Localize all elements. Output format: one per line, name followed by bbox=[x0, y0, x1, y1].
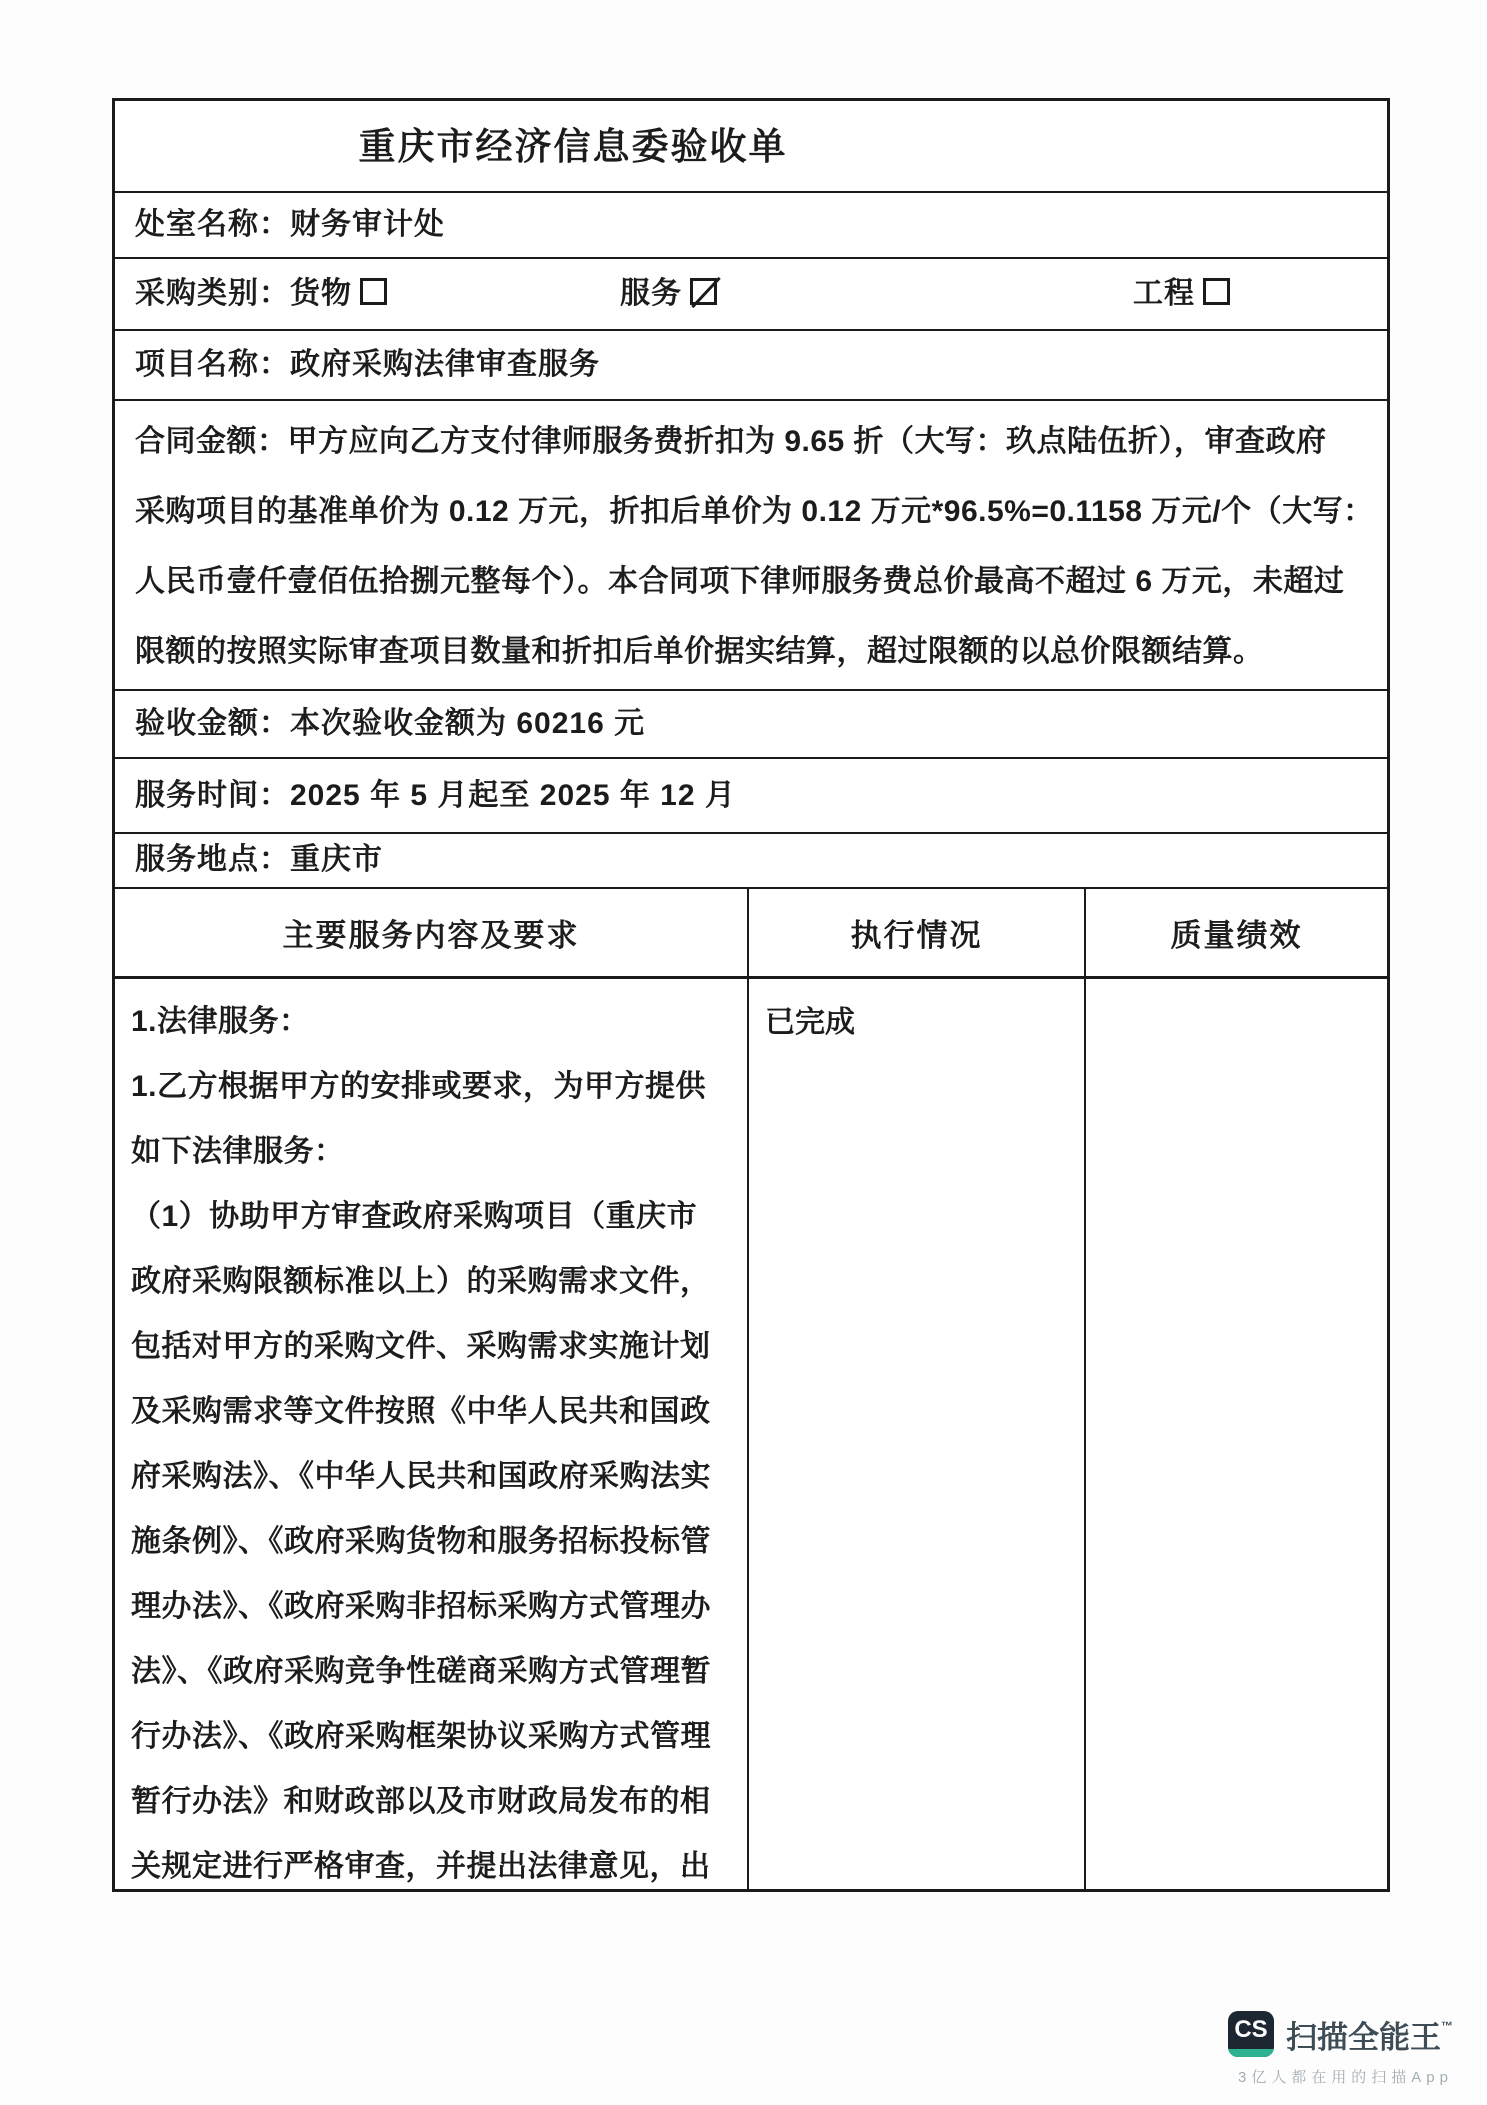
watermark-row: CS 扫描全能王™ bbox=[1228, 2011, 1453, 2057]
scanned-document-page: 重庆市经济信息委验收单 处室名称：财务审计处 采购类别：货物 服务 工程 项目名… bbox=[0, 0, 1487, 2105]
header-execution-status: 执行情况 bbox=[747, 889, 1086, 976]
project-row: 项目名称：政府采购法律审查服务 bbox=[115, 331, 1387, 401]
department-row: 处室名称：财务审计处 bbox=[115, 193, 1387, 259]
page-title: 重庆市经济信息委验收单 bbox=[359, 126, 788, 167]
content-line: 法》、《政府采购竞争性磋商采购方式管理暂 bbox=[131, 1639, 733, 1704]
service-checkbox-checked-icon bbox=[690, 278, 717, 305]
contract-amount-text: 甲方应向乙方支付律师服务费折扣为 9.65 折（大写：玖点陆伍折），审查政府 bbox=[288, 425, 1327, 458]
content-line: 及采购需求等文件按照《中华人民共和国政 bbox=[131, 1379, 733, 1444]
camscanner-logo-icon: CS bbox=[1228, 2011, 1274, 2057]
category-option-service: 服务 bbox=[620, 259, 717, 329]
content-line: 1.法律服务： bbox=[131, 989, 733, 1054]
quality-performance-cell bbox=[1086, 979, 1387, 1889]
logo-cs-text: CS bbox=[1228, 2011, 1274, 2049]
acceptance-form-table: 重庆市经济信息委验收单 处室名称：财务审计处 采购类别：货物 服务 工程 项目名… bbox=[112, 98, 1390, 1892]
contract-amount-line: 人民币壹仟壹佰伍拾捌元整每个）。本合同项下律师服务费总价最高不超过 6 万元，未… bbox=[135, 547, 1369, 617]
department-label: 处室名称： bbox=[135, 208, 290, 241]
service-location-label: 服务地点： bbox=[135, 843, 290, 876]
content-line: （1）协助甲方审查政府采购项目（重庆市 bbox=[131, 1184, 733, 1249]
category-option-works: 工程 bbox=[1133, 259, 1230, 329]
service-time-row: 服务时间：2025 年 5 月起至 2025 年 12 月 bbox=[115, 759, 1387, 834]
category-label: 采购类别： bbox=[135, 277, 290, 310]
acceptance-amount-value: 本次验收金额为 60216 元 bbox=[290, 707, 645, 740]
service-content-cell: 1.法律服务： 1.乙方根据甲方的安排或要求，为甲方提供 如下法律服务： （1）… bbox=[115, 979, 747, 1889]
content-line: 政府采购限额标准以上）的采购需求文件， bbox=[131, 1249, 733, 1314]
form-title-row: 重庆市经济信息委验收单 bbox=[115, 101, 1387, 193]
service-time-value: 2025 年 5 月起至 2025 年 12 月 bbox=[290, 779, 736, 812]
project-label: 项目名称： bbox=[135, 348, 290, 381]
category-option-goods: 货物 bbox=[290, 277, 352, 310]
works-option-label: 工程 bbox=[1133, 277, 1195, 310]
contract-amount-label: 合同金额： bbox=[135, 425, 288, 458]
contract-amount-line: 合同金额：甲方应向乙方支付律师服务费折扣为 9.65 折（大写：玖点陆伍折），审… bbox=[135, 407, 1369, 477]
project-value: 政府采购法律审查服务 bbox=[290, 348, 600, 381]
category-row: 采购类别：货物 服务 工程 bbox=[115, 259, 1387, 331]
content-line: 行办法》、《政府采购框架协议采购方式管理 bbox=[131, 1704, 733, 1769]
works-checkbox-icon bbox=[1203, 278, 1230, 305]
inner-table-body: 1.法律服务： 1.乙方根据甲方的安排或要求，为甲方提供 如下法律服务： （1）… bbox=[115, 979, 1387, 1889]
content-line: 包括对甲方的采购文件、采购需求实施计划 bbox=[131, 1314, 733, 1379]
scanner-app-watermark: CS 扫描全能王™ 3亿人都在用的扫描App bbox=[1228, 2011, 1453, 2087]
app-tagline: 3亿人都在用的扫描App bbox=[1228, 2066, 1453, 2087]
department-value: 财务审计处 bbox=[290, 208, 445, 241]
content-line: 关规定进行严格审查，并提出法律意见，出 bbox=[131, 1834, 733, 1899]
content-line: 府采购法》、《中华人民共和国政府采购法实 bbox=[131, 1444, 733, 1509]
content-line: 理办法》、《政府采购非招标采购方式管理办 bbox=[131, 1574, 733, 1639]
content-line: 施条例》、《政府采购货物和服务招标投标管 bbox=[131, 1509, 733, 1574]
contract-amount-line: 限额的按照实际审查项目数量和折扣后单价据实结算，超过限额的以总价限额结算。 bbox=[135, 617, 1369, 687]
app-name-text: 扫描全能王 bbox=[1286, 2020, 1441, 2055]
trademark-symbol: ™ bbox=[1441, 2019, 1453, 2033]
content-line: 如下法律服务： bbox=[131, 1119, 733, 1184]
service-location-value: 重庆市 bbox=[290, 843, 383, 876]
content-line: 暂行办法》和财政部以及市财政局发布的相 bbox=[131, 1769, 733, 1834]
header-quality-performance: 质量绩效 bbox=[1086, 889, 1387, 976]
contract-amount-line: 采购项目的基准单价为 0.12 万元，折扣后单价为 0.12 万元*96.5%=… bbox=[135, 477, 1369, 547]
execution-status-cell: 已完成 bbox=[747, 979, 1086, 1889]
logo-teal-strip bbox=[1228, 2049, 1274, 2057]
content-line: 1.乙方根据甲方的安排或要求，为甲方提供 bbox=[131, 1054, 733, 1119]
service-option-label: 服务 bbox=[620, 277, 682, 310]
acceptance-amount-label: 验收金额： bbox=[135, 707, 290, 740]
contract-amount-row: 合同金额：甲方应向乙方支付律师服务费折扣为 9.65 折（大写：玖点陆伍折），审… bbox=[115, 401, 1387, 691]
header-service-content: 主要服务内容及要求 bbox=[115, 889, 747, 976]
app-name: 扫描全能王™ bbox=[1286, 2012, 1453, 2057]
goods-checkbox-icon bbox=[360, 278, 387, 305]
acceptance-amount-row: 验收金额：本次验收金额为 60216 元 bbox=[115, 691, 1387, 759]
service-time-label: 服务时间： bbox=[135, 779, 290, 812]
inner-table-header: 主要服务内容及要求 执行情况 质量绩效 bbox=[115, 889, 1387, 979]
service-location-row: 服务地点：重庆市 bbox=[115, 834, 1387, 889]
